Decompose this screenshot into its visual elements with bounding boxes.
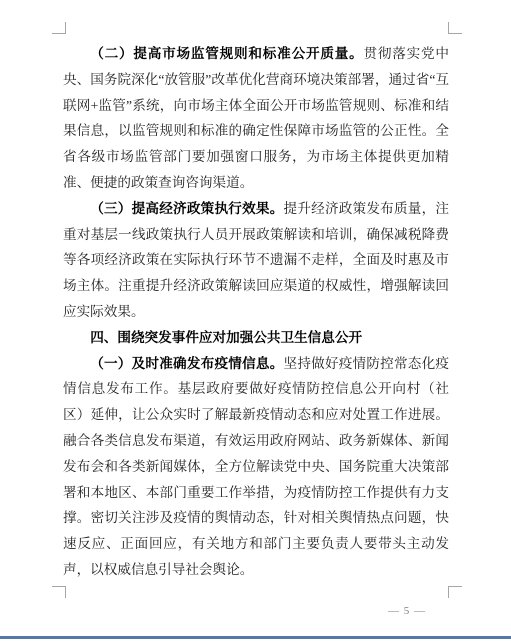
paragraph-market-regulation: （二）提高市场监管规则和标准公开质量。贯彻落实党中央、国务院深化“放管服”改革优… bbox=[63, 41, 449, 196]
document-body[interactable]: （二）提高市场监管规则和标准公开质量。贯彻落实党中央、国务院深化“放管服”改革优… bbox=[63, 41, 449, 583]
paragraph-lead-bold: （二）提高市场监管规则和标准公开质量。 bbox=[90, 46, 363, 61]
paragraph-economic-policy: （三）提高经济政策执行效果。提升经济政策发布质量，注重对基层一线政策执行人员开展… bbox=[63, 196, 449, 325]
paragraph-epidemic-info: （一）及时准确发布疫情信息。坚持做好疫情防控常态化疫情信息发布工作。基层政府要做… bbox=[63, 351, 449, 583]
window-bottom-edge bbox=[0, 636, 511, 639]
text-boundary-mark-top-right-icon bbox=[448, 22, 462, 34]
paragraph-lead-bold: （三）提高经济政策执行效果。 bbox=[90, 201, 283, 216]
section-heading-text: 四、围绕突发事件应对加强公共卫生信息公开 bbox=[90, 330, 362, 345]
text-boundary-mark-bottom-left-icon bbox=[52, 586, 66, 598]
text-boundary-mark-bottom-right-icon bbox=[448, 586, 462, 598]
section-heading-public-health: 四、围绕突发事件应对加强公共卫生信息公开 bbox=[63, 325, 449, 351]
document-page: （二）提高市场监管规则和标准公开质量。贯彻落实党中央、国务院深化“放管服”改革优… bbox=[0, 0, 511, 642]
paragraph-text: 坚持做好疫情防控常态化疫情信息发布工作。基层政府要做好疫情防控信息公开向村（社区… bbox=[63, 356, 449, 577]
paragraph-text: 贯彻落实党中央、国务院深化“放管服”改革优化营商环境决策部署，通过省“互联网+监… bbox=[63, 46, 449, 190]
page-number: — 5 — bbox=[381, 604, 433, 618]
paragraph-lead-bold: （一）及时准确发布疫情信息。 bbox=[90, 356, 283, 371]
text-boundary-mark-top-left-icon bbox=[52, 22, 66, 34]
paragraph-text: 提升经济政策发布质量，注重对基层一线政策执行人员开展政策解读和培训，确保减税降费… bbox=[63, 201, 449, 319]
